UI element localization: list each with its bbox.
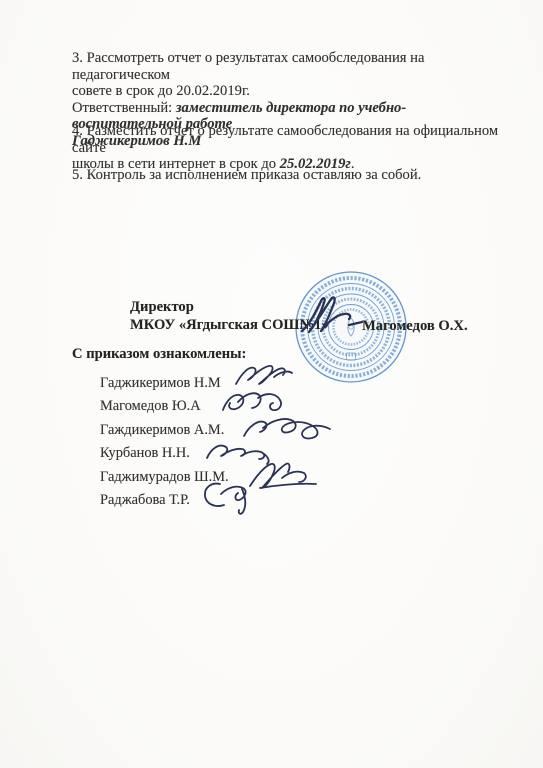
order-item-3-line1: 3. Рассмотреть отчет о результатах самоо…	[72, 50, 512, 83]
ack-signature-6	[198, 476, 276, 516]
order-item-5: 5. Контроль за исполнением приказа остав…	[72, 167, 512, 184]
director-name: Магомедов О.Х.	[362, 318, 468, 335]
order-item-4: 4. Разместить отчет о результате самообс…	[72, 123, 512, 173]
acknowledgement-heading: С приказом ознакомлены:	[72, 346, 246, 363]
order-item-4-line1: 4. Разместить отчет о результате самообс…	[72, 123, 512, 156]
director-signature	[299, 295, 369, 337]
ack-signature-1	[232, 362, 297, 390]
responsible-label: Ответственный:	[72, 100, 172, 116]
order-item-3-line2: совете в срок до 20.02.2019г.	[72, 83, 512, 100]
scanned-order-page: 3. Рассмотреть отчет о результатах самоо…	[0, 0, 543, 768]
